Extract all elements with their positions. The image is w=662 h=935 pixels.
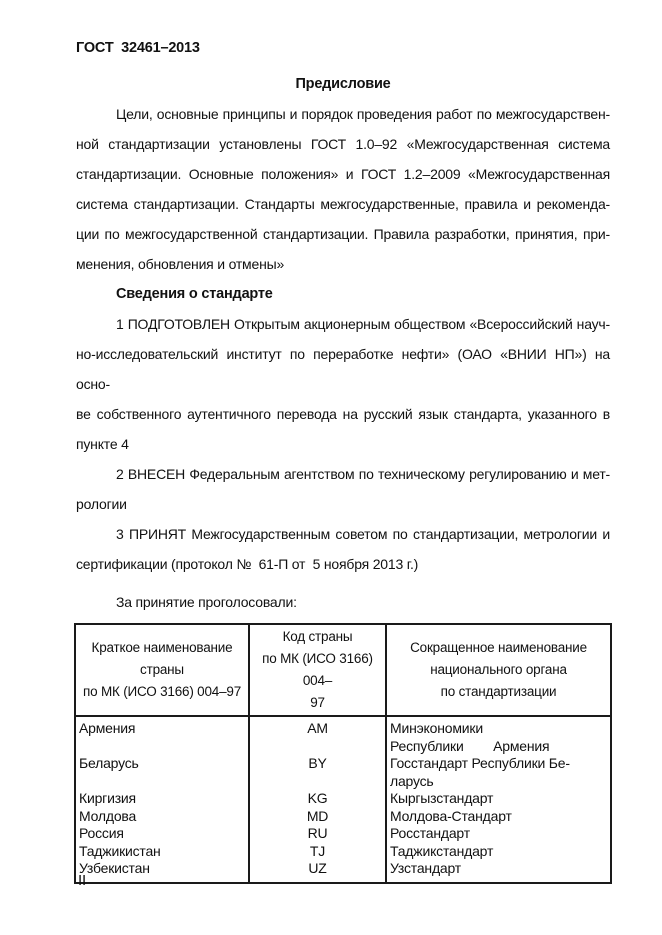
standard-code: ГОСТ 32461–2013 xyxy=(76,0,610,56)
table-row: КиргизияKGКыргызстандарт xyxy=(75,790,611,808)
code-cell: AM xyxy=(249,716,386,755)
table-row: РоссияRUРосстандарт xyxy=(75,825,611,843)
paragraph-line: 2 ВНЕСЕН Федеральным агентством по техни… xyxy=(76,459,610,489)
paragraph-line: система стандартизации. Стандарты межгос… xyxy=(76,189,610,219)
paragraph-line: 3 ПРИНЯТ Межгосударственным советом по с… xyxy=(76,519,610,549)
org-cell: Минэкономики Республики Армения xyxy=(386,716,611,755)
org-cell: Госстандарт Республики Бе- ларусь xyxy=(386,755,611,790)
code-cell: KG xyxy=(249,790,386,808)
page-number: II xyxy=(78,872,86,889)
paragraph: 2 ВНЕСЕН Федеральным агентством по техни… xyxy=(76,459,610,519)
document-page: ГОСТ 32461–2013 ПредисловиеЦели, основны… xyxy=(0,0,662,935)
table-header-row: Краткое наименование страны по МК (ИСО 3… xyxy=(75,624,611,716)
table-row: БеларусьBYГосстандарт Республики Бе- лар… xyxy=(75,755,611,790)
country-cell: Молдова xyxy=(75,808,249,826)
paragraph: 3 ПРИНЯТ Межгосударственным советом по с… xyxy=(76,519,610,579)
code-cell: BY xyxy=(249,755,386,790)
org-cell: Кыргызстандарт xyxy=(386,790,611,808)
table-row: АрменияAMМинэкономики Республики Армения xyxy=(75,716,611,755)
code-cell: TJ xyxy=(249,843,386,861)
paragraph-line: За принятие проголосовали: xyxy=(76,587,610,617)
country-cell: Беларусь xyxy=(75,755,249,790)
table-body: АрменияAMМинэкономики Республики Армения… xyxy=(75,716,611,883)
table-row: ТаджикистанTJТаджикстандарт xyxy=(75,843,611,861)
country-cell: Узбекистан xyxy=(75,860,249,883)
code-cell: RU xyxy=(249,825,386,843)
table-row: МолдоваMDМолдова-Стандарт xyxy=(75,808,611,826)
code-cell: MD xyxy=(249,808,386,826)
code-cell: UZ xyxy=(249,860,386,883)
doc-content: ГОСТ 32461–2013 ПредисловиеЦели, основны… xyxy=(76,0,610,884)
paragraph-line: ции по межгосударственной стандартизации… xyxy=(76,219,610,249)
paragraph-line: сертификации (протокол № 61-П от 5 ноябр… xyxy=(76,549,610,579)
org-cell: Таджикстандарт xyxy=(386,843,611,861)
paragraph-line: пункте 4 xyxy=(76,429,610,459)
paragraph-line: ве собственного аутентичного перевода на… xyxy=(76,399,610,429)
table-header-cell: Код страны по МК (ИСО 3166) 004– 97 xyxy=(249,624,386,716)
country-cell: Армения xyxy=(75,716,249,755)
table-header-cell: Сокращенное наименование национального о… xyxy=(386,624,611,716)
country-cell: Россия xyxy=(75,825,249,843)
org-cell: Молдова-Стандарт xyxy=(386,808,611,826)
paragraph-line: ной стандартизации установлены ГОСТ 1.0–… xyxy=(76,129,610,159)
paragraph-line: но-исследовательский институт по перераб… xyxy=(76,339,610,399)
doc-body: ПредисловиеЦели, основные принципы и пор… xyxy=(76,69,610,617)
paragraph-line: рологии xyxy=(76,489,610,519)
preface-title: Предисловие xyxy=(76,69,610,99)
paragraph-line: стандартизации. Основные положения» и ГО… xyxy=(76,159,610,189)
paragraph-line: 1 ПОДГОТОВЛЕН Открытым акционерным общес… xyxy=(76,309,610,339)
org-cell: Росстандарт xyxy=(386,825,611,843)
voting-table: Краткое наименование страны по МК (ИСО 3… xyxy=(74,623,612,884)
country-cell: Таджикистан xyxy=(75,843,249,861)
table-header-cell: Краткое наименование страны по МК (ИСО 3… xyxy=(75,624,249,716)
country-cell: Киргизия xyxy=(75,790,249,808)
info-heading: Сведения о стандарте xyxy=(76,279,610,309)
org-cell: Узстандарт xyxy=(386,860,611,883)
paragraph: За принятие проголосовали: xyxy=(76,587,610,617)
paragraph-line: менения, обновления и отмены» xyxy=(76,249,610,279)
paragraph: Цели, основные принципы и порядок провед… xyxy=(76,99,610,279)
paragraph: 1 ПОДГОТОВЛЕН Открытым акционерным общес… xyxy=(76,309,610,459)
paragraph-line: Цели, основные принципы и порядок провед… xyxy=(76,99,610,129)
table-row: УзбекистанUZУзстандарт xyxy=(75,860,611,883)
